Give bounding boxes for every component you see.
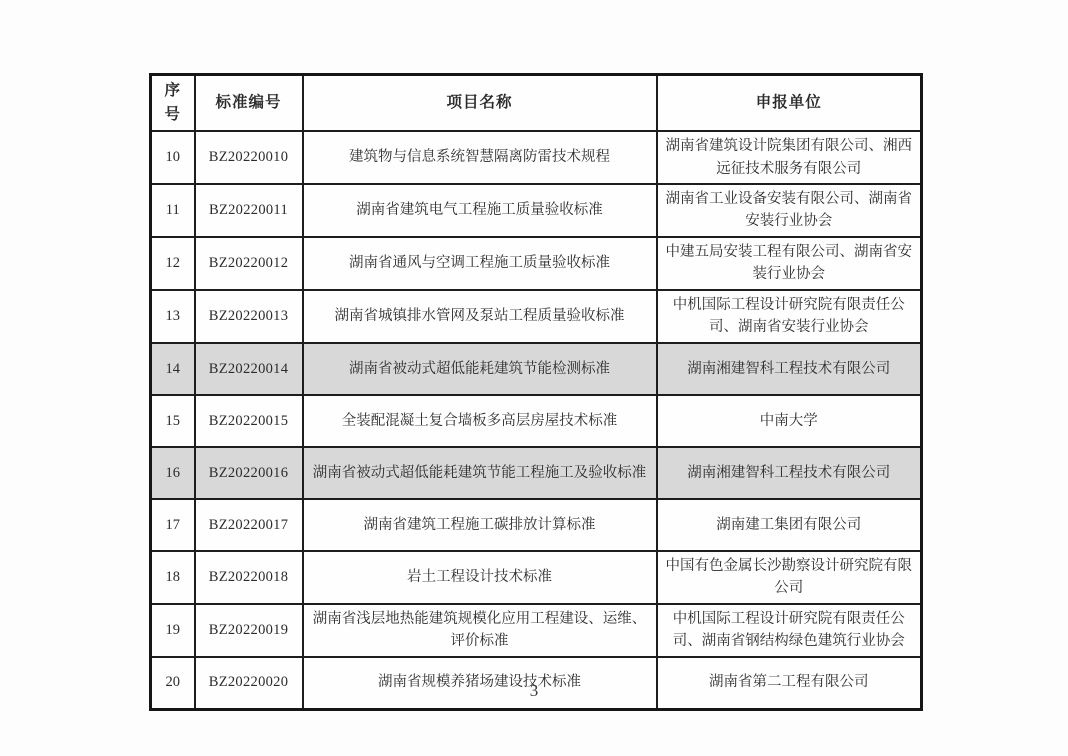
cell-serial-number: 10 — [151, 131, 195, 184]
cell-standard-code: BZ20220010 — [195, 131, 303, 184]
cell-standard-code: BZ20220018 — [195, 551, 303, 604]
cell-serial-number: 13 — [151, 290, 195, 343]
cell-serial-number: 15 — [151, 395, 195, 447]
cell-applicant-unit: 中机国际工程设计研究院有限责任公司、湖南省钢结构绿色建筑行业协会 — [657, 604, 922, 657]
cell-applicant-unit: 中建五局安装工程有限公司、湖南省安装行业协会 — [657, 237, 922, 290]
table-row: 19 BZ20220019 湖南省浅层地热能建筑规模化应用工程建设、运维、评价标… — [151, 604, 922, 657]
cell-applicant-unit: 湖南湘建智科工程技术有限公司 — [657, 447, 922, 499]
cell-applicant-unit: 湖南建工集团有限公司 — [657, 499, 922, 551]
cell-project-name: 湖南省通风与空调工程施工质量验收标准 — [303, 237, 657, 290]
cell-applicant-unit: 湖南省工业设备安装有限公司、湖南省安装行业协会 — [657, 184, 922, 237]
cell-serial-number: 16 — [151, 447, 195, 499]
cell-serial-number: 11 — [151, 184, 195, 237]
cell-project-name: 全装配混凝土复合墙板多高层房屋技术标准 — [303, 395, 657, 447]
table-row: 12 BZ20220012 湖南省通风与空调工程施工质量验收标准 中建五局安装工… — [151, 237, 922, 290]
header-applicant-unit: 申报单位 — [657, 75, 922, 132]
table-row: 11 BZ20220011 湖南省建筑电气工程施工质量验收标准 湖南省工业设备安… — [151, 184, 922, 237]
cell-applicant-unit: 中南大学 — [657, 395, 922, 447]
cell-standard-code: BZ20220014 — [195, 343, 303, 395]
cell-applicant-unit: 中机国际工程设计研究院有限责任公司、湖南省安装行业协会 — [657, 290, 922, 343]
header-row: 序号 标准编号 项目名称 申报单位 — [151, 75, 922, 132]
cell-serial-number: 14 — [151, 343, 195, 395]
table-row: 15 BZ20220015 全装配混凝土复合墙板多高层房屋技术标准 中南大学 — [151, 395, 922, 447]
table-row: 16 BZ20220016 湖南省被动式超低能耗建筑节能工程施工及验收标准 湖南… — [151, 447, 922, 499]
table-row: 18 BZ20220018 岩土工程设计技术标准 中国有色金属长沙勘察设计研究院… — [151, 551, 922, 604]
standards-table: 序号 标准编号 项目名称 申报单位 10 BZ20220010 建筑物与信息系统… — [149, 73, 923, 711]
cell-project-name: 建筑物与信息系统智慧隔离防雷技术规程 — [303, 131, 657, 184]
table-row: 10 BZ20220010 建筑物与信息系统智慧隔离防雷技术规程 湖南省建筑设计… — [151, 131, 922, 184]
table-row: 13 BZ20220013 湖南省城镇排水管网及泵站工程质量验收标准 中机国际工… — [151, 290, 922, 343]
cell-project-name: 岩土工程设计技术标准 — [303, 551, 657, 604]
cell-project-name: 湖南省建筑电气工程施工质量验收标准 — [303, 184, 657, 237]
header-project-name: 项目名称 — [303, 75, 657, 132]
cell-standard-code: BZ20220011 — [195, 184, 303, 237]
cell-serial-number: 17 — [151, 499, 195, 551]
table-row: 14 BZ20220014 湖南省被动式超低能耗建筑节能检测标准 湖南湘建智科工… — [151, 343, 922, 395]
cell-standard-code: BZ20220019 — [195, 604, 303, 657]
cell-applicant-unit: 中国有色金属长沙勘察设计研究院有限公司 — [657, 551, 922, 604]
cell-standard-code: BZ20220015 — [195, 395, 303, 447]
table-row: 17 BZ20220017 湖南省建筑工程施工碳排放计算标准 湖南建工集团有限公… — [151, 499, 922, 551]
header-standard-code: 标准编号 — [195, 75, 303, 132]
page-number: 3 — [0, 681, 1068, 701]
cell-serial-number: 19 — [151, 604, 195, 657]
cell-project-name: 湖南省建筑工程施工碳排放计算标准 — [303, 499, 657, 551]
cell-project-name: 湖南省被动式超低能耗建筑节能工程施工及验收标准 — [303, 447, 657, 499]
cell-applicant-unit: 湖南湘建智科工程技术有限公司 — [657, 343, 922, 395]
cell-standard-code: BZ20220013 — [195, 290, 303, 343]
cell-project-name: 湖南省浅层地热能建筑规模化应用工程建设、运维、评价标准 — [303, 604, 657, 657]
cell-standard-code: BZ20220017 — [195, 499, 303, 551]
header-serial-number: 序号 — [151, 75, 195, 132]
cell-serial-number: 12 — [151, 237, 195, 290]
cell-project-name: 湖南省城镇排水管网及泵站工程质量验收标准 — [303, 290, 657, 343]
cell-serial-number: 18 — [151, 551, 195, 604]
cell-standard-code: BZ20220012 — [195, 237, 303, 290]
cell-applicant-unit: 湖南省建筑设计院集团有限公司、湘西远征技术服务有限公司 — [657, 131, 922, 184]
cell-standard-code: BZ20220016 — [195, 447, 303, 499]
cell-project-name: 湖南省被动式超低能耗建筑节能检测标准 — [303, 343, 657, 395]
document-page: 序号 标准编号 项目名称 申报单位 10 BZ20220010 建筑物与信息系统… — [0, 0, 1068, 756]
